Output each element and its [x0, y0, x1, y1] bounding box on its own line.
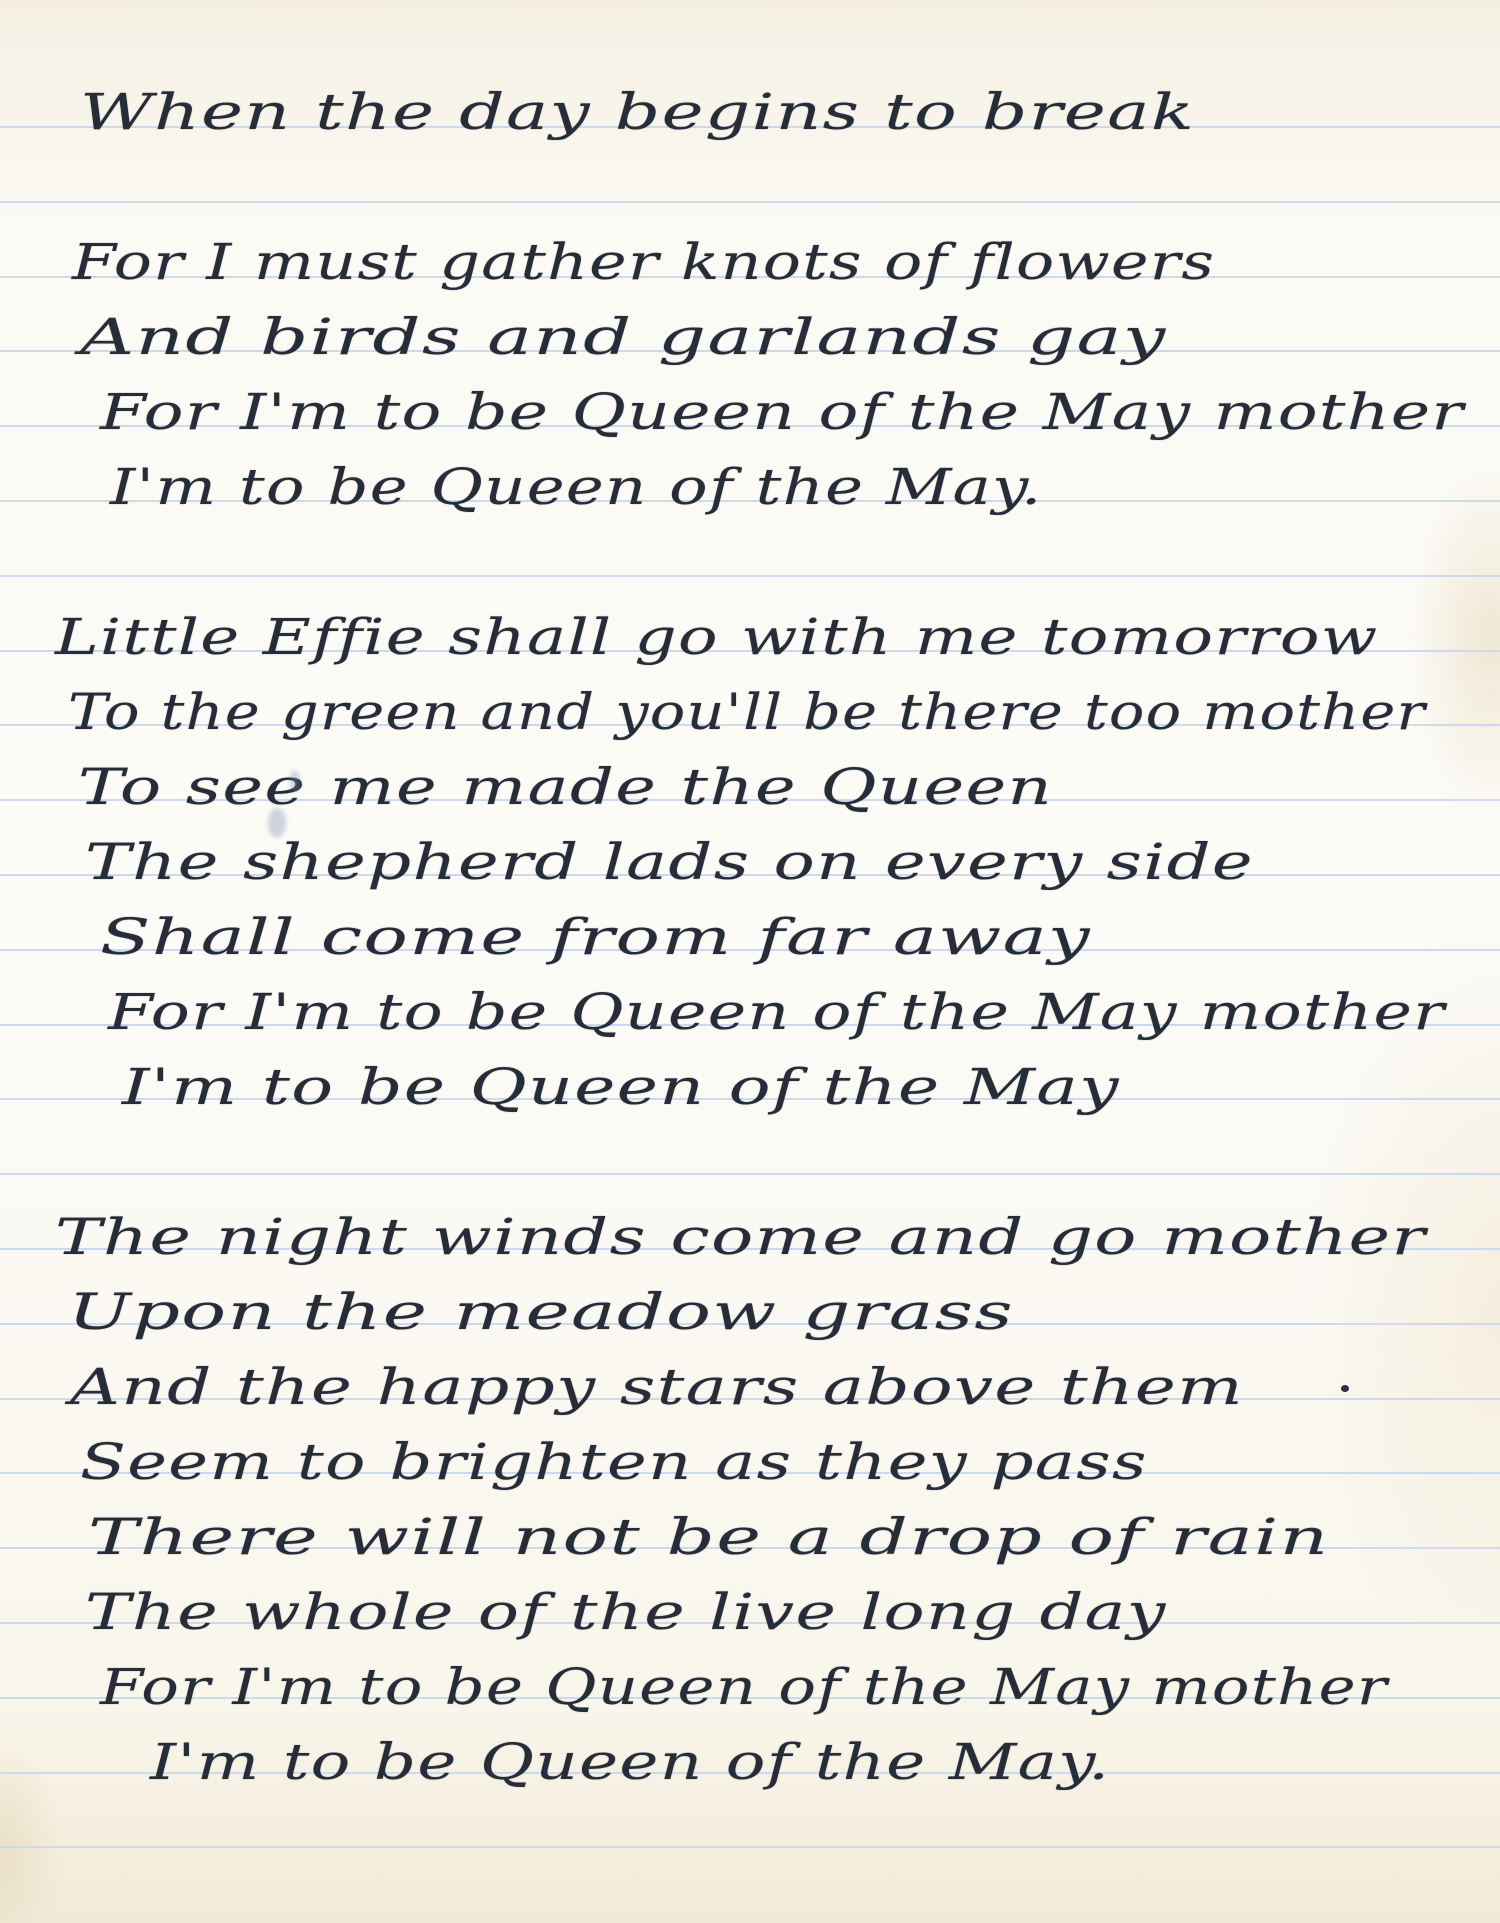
- manuscript-page: When the day begins to break For I must …: [0, 0, 1500, 1923]
- ink-smudge: [290, 770, 300, 792]
- verse-line: Seem to brighten as they pass: [80, 1437, 1148, 1487]
- verse-text: For I'm to be Queen of the May mother: [100, 387, 1464, 437]
- verse-text: To the green and you'll be there too mot…: [68, 687, 1426, 737]
- verse-line: The night winds come and go mother: [55, 1212, 1426, 1262]
- verse-text: Shall come from far away: [100, 912, 1091, 962]
- verse-line: Upon the meadow grass: [68, 1287, 1014, 1337]
- verse-line-refrain: I'm to be Queen of the May: [122, 1062, 1120, 1112]
- verse-line-refrain: For I'm to be Queen of the May mother: [108, 987, 1446, 1037]
- verse-line: For I must gather knots of flowers: [72, 237, 1215, 287]
- verse-text: There will not be a drop of rain: [88, 1512, 1330, 1562]
- verse-line: When the day begins to break: [80, 87, 1195, 137]
- verse-line: The shepherd lads on every side: [85, 837, 1254, 887]
- ruled-line: [0, 1173, 1500, 1175]
- verse-text: I'm to be Queen of the May: [122, 1062, 1120, 1112]
- verse-text: The shepherd lads on every side: [85, 837, 1254, 887]
- verse-line: And the happy stars above them: [70, 1362, 1244, 1412]
- ink-blot: [1341, 1385, 1349, 1392]
- ink-smudge: [268, 808, 286, 838]
- verse-text: Upon the meadow grass: [68, 1287, 1014, 1337]
- verse-text: The whole of the live long day: [85, 1587, 1167, 1637]
- verse-line: Little Effie shall go with me tomorrow: [55, 612, 1378, 662]
- verse-text: And the happy stars above them: [70, 1362, 1244, 1412]
- verse-text: For I must gather knots of flowers: [72, 237, 1215, 287]
- verse-text: I'm to be Queen of the May.: [110, 462, 1043, 512]
- ruled-line: [0, 201, 1500, 203]
- verse-text: I'm to be Queen of the May.: [150, 1737, 1110, 1787]
- verse-text: And birds and garlands gay: [80, 312, 1167, 362]
- verse-text: Little Effie shall go with me tomorrow: [55, 612, 1378, 662]
- verse-line: And birds and garlands gay: [80, 312, 1167, 362]
- ruled-line: [0, 1846, 1500, 1848]
- verse-line: To the green and you'll be there too mot…: [68, 687, 1426, 737]
- verse-text: For I'm to be Queen of the May mother: [108, 987, 1446, 1037]
- verse-line-refrain: I'm to be Queen of the May.: [150, 1737, 1110, 1787]
- verse-line: Shall come from far away: [100, 912, 1091, 962]
- verse-line: The whole of the live long day: [85, 1587, 1167, 1637]
- ruled-line: [0, 575, 1500, 577]
- verse-text: For I'm to be Queen of the May mother: [100, 1662, 1388, 1712]
- verse-text: Seem to brighten as they pass: [80, 1437, 1148, 1487]
- verse-text: When the day begins to break: [80, 87, 1195, 137]
- verse-line-refrain: For I'm to be Queen of the May mother: [100, 1662, 1388, 1712]
- verse-line: To see me made the Queen: [78, 762, 1053, 812]
- verse-line-refrain: I'm to be Queen of the May.: [110, 462, 1043, 512]
- verse-text: The night winds come and go mother: [55, 1212, 1426, 1262]
- verse-line: There will not be a drop of rain: [88, 1512, 1330, 1562]
- verse-line-refrain: For I'm to be Queen of the May mother: [100, 387, 1464, 437]
- verse-text: To see me made the Queen: [78, 762, 1053, 812]
